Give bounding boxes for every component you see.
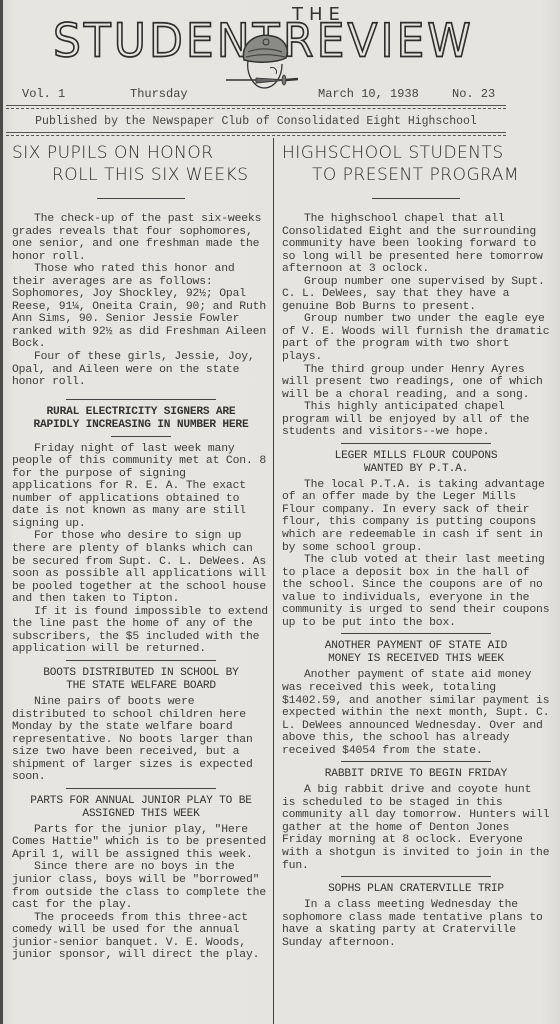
article-paragraph: This highly anticipated chapel program w… (282, 401, 550, 439)
article-divider (341, 876, 491, 877)
page-edge (0, 0, 3, 1024)
volume-label: Vol. 1 (22, 87, 65, 101)
masthead-rule-top-2 (6, 108, 506, 109)
headline-line-2: ROLL THIS SIX WEEKS (12, 164, 270, 186)
masthead-rule-bottom (6, 132, 506, 133)
article-paragraph: The highschool chapel that all Consolida… (282, 213, 550, 276)
article-paragraph: Group number two under the eagle eye of … (282, 313, 550, 363)
article-paragraph: For those who desire to sign up there ar… (12, 530, 270, 605)
headline-rule (111, 436, 171, 437)
publisher-line: Published by the Newspaper Club of Conso… (0, 115, 512, 128)
lead-headline-left: SIX PUPILS ON HONOR ROLL THIS SIX WEEKS (12, 142, 270, 186)
headline-line-1: SIX PUPILS ON HONOR (12, 142, 270, 164)
headline-line-2: TO PRESENT PROGRAM (282, 164, 550, 186)
article-headline: ANOTHER PAYMENT OF STATE AID MONEY IS RE… (282, 640, 550, 666)
issue-date: March 10, 1938 (318, 87, 419, 101)
article-rural-electricity: RURAL ELECTRICITY SIGNERS ARE RAPIDLY IN… (12, 406, 270, 656)
article-junior-play: PARTS FOR ANNUAL JUNIOR PLAY TO BE ASSIG… (12, 795, 270, 962)
article-divider (66, 660, 216, 661)
article-state-aid: ANOTHER PAYMENT OF STATE AID MONEY IS RE… (282, 640, 550, 757)
article-paragraph: Parts for the junior play, "Here Comes H… (12, 824, 270, 862)
article-headline: PARTS FOR ANNUAL JUNIOR PLAY TO BE ASSIG… (12, 795, 270, 821)
article-divider (341, 633, 491, 634)
article-paragraph: Four of these girls, Jessie, Joy, Opal, … (12, 351, 270, 389)
masthead-rule-top (6, 105, 506, 106)
article-divider (341, 761, 491, 762)
article-divider (66, 399, 216, 400)
newspaper-page: STUDENT THE REVIEW Vol. 1 Thursday March… (0, 0, 560, 1024)
article-headline: RABBIT DRIVE TO BEGIN FRIDAY (282, 768, 550, 781)
article-headline: RURAL ELECTRICITY SIGNERS ARE RAPIDLY IN… (12, 406, 270, 432)
article-paragraph: The club voted at their last meeting to … (282, 554, 550, 629)
mascot-icon (226, 30, 302, 94)
article-paragraph: Nine pairs of boots were distributed to … (12, 696, 270, 784)
headline-rule (97, 198, 185, 199)
article-paragraph: The proceeds from this three-act comedy … (12, 912, 270, 962)
article-paragraph: Since there are no boys in the junior cl… (12, 861, 270, 911)
article-headline: BOOTS DISTRIBUTED IN SCHOOL BY THE STATE… (12, 667, 270, 693)
article-divider (66, 788, 216, 789)
article-headline: LEGER MILLS FLOUR COUPONS WANTED BY P.T.… (282, 450, 550, 476)
left-column: SIX PUPILS ON HONOR ROLL THIS SIX WEEKS … (12, 142, 270, 962)
article-boots: BOOTS DISTRIBUTED IN SCHOOL BY THE STATE… (12, 667, 270, 784)
headline-line-1: HIGHSCHOOL STUDENTS (282, 142, 550, 164)
day-label: Thursday (130, 87, 188, 101)
article-paragraph: The third group under Henry Ayres will p… (282, 364, 550, 402)
article-paragraph: Friday night of last week many people of… (12, 443, 270, 531)
article-chapel-program: The highschool chapel that all Consolida… (282, 213, 550, 439)
article-paragraph: A big rabbit drive and coyote hunt is sc… (282, 784, 550, 872)
article-divider (341, 443, 491, 444)
issue-number: No. 23 (452, 87, 495, 101)
column-divider (273, 138, 274, 1024)
article-paragraph: Another payment of state aid money was r… (282, 669, 550, 757)
article-paragraph: If it is found impossible to extend the … (12, 606, 270, 656)
masthead-rule-bottom-2 (6, 135, 506, 136)
article-paragraph: Group number one supervised by Supt. C. … (282, 276, 550, 314)
lead-headline-right: HIGHSCHOOL STUDENTS TO PRESENT PROGRAM (282, 142, 550, 186)
article-paragraph: Those who rated this honor and their ave… (12, 263, 270, 351)
masthead-title-right: REVIEW (283, 15, 474, 69)
article-honor-roll: The check-up of the past six-weeks grade… (12, 213, 270, 389)
article-rabbit-drive: RABBIT DRIVE TO BEGIN FRIDAY A big rabbi… (282, 768, 550, 872)
article-flour-coupons: LEGER MILLS FLOUR COUPONS WANTED BY P.T.… (282, 450, 550, 630)
article-headline: SOPHS PLAN CRATERVILLE TRIP (282, 883, 550, 896)
right-column: HIGHSCHOOL STUDENTS TO PRESENT PROGRAM T… (282, 142, 550, 949)
article-paragraph: The local P.T.A. is taking advantage of … (282, 479, 550, 554)
headline-rule (372, 198, 460, 199)
article-paragraph: In a class meeting Wednesday the sophomo… (282, 899, 550, 949)
article-sophs-trip: SOPHS PLAN CRATERVILLE TRIP In a class m… (282, 883, 550, 949)
article-paragraph: The check-up of the past six-weeks grade… (12, 213, 270, 263)
